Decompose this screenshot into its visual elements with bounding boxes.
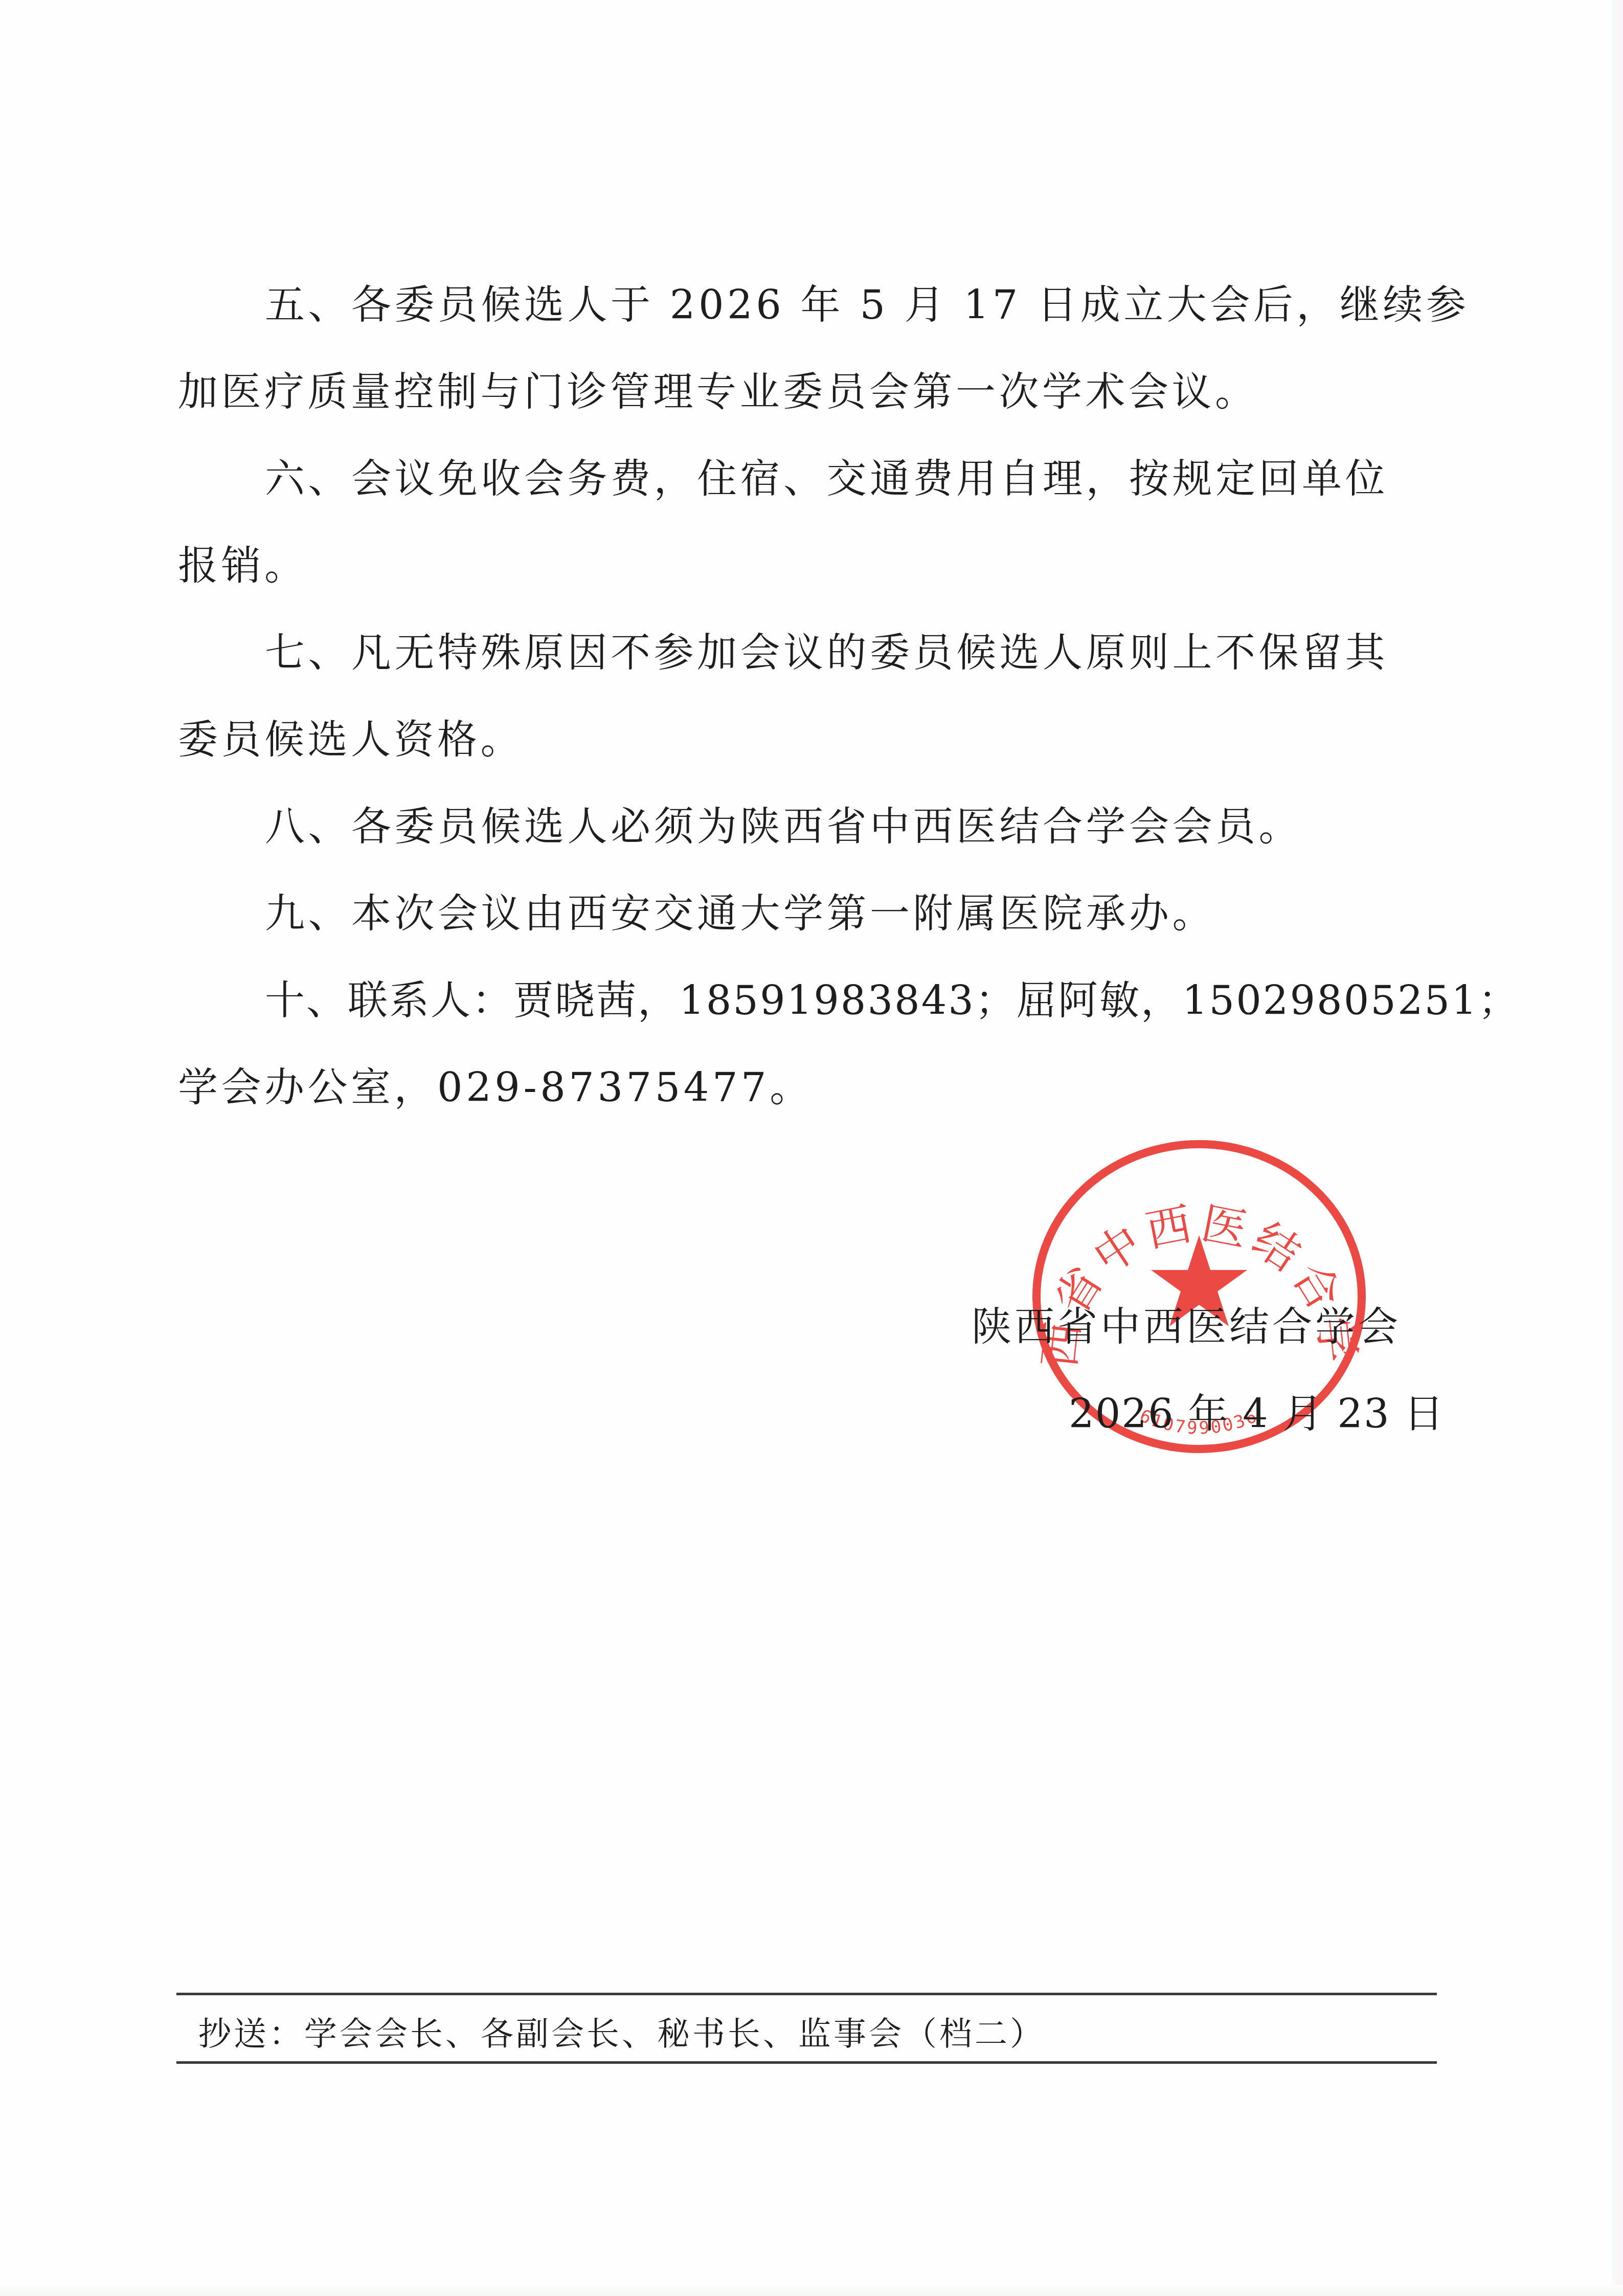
paragraph-item-8-line-1: 八、各委员候选人必须为陕西省中西医结合学会会员。 [265, 801, 1302, 853]
paragraph-item-10-line-2: 学会办公室，029-87375477。 [178, 1062, 813, 1113]
signature-date: 2026 年 4 月 23 日 [1069, 1389, 1445, 1440]
cc-top-rule [176, 1993, 1437, 1995]
paragraph-item-7-line-2: 委员候选人资格。 [178, 715, 524, 766]
cc-recipients: 抄送：学会会长、各副会长、秘书长、监事会（档二） [198, 2011, 1045, 2057]
paragraph-item-7-line-1: 七、凡无特殊原因不参加会议的委员候选人原则上不保留其 [265, 628, 1388, 679]
scan-edge-right [1612, 0, 1623, 2296]
paragraph-item-10-line-1: 十、联系人：贾晓茜，18591983843；屈阿敏，15029805251； [265, 975, 1520, 1027]
paragraph-item-9-line-1: 九、本次会议由西安交通大学第一附属医院承办。 [265, 888, 1215, 940]
paragraph-item-6-line-1: 六、会议免收会务费，住宿、交通费用自理，按规定回单位 [265, 454, 1388, 505]
paragraph-item-5-line-2: 加医疗质量控制与门诊管理专业委员会第一次学术会议。 [178, 367, 1258, 418]
cc-bottom-rule [176, 2061, 1437, 2064]
paragraph-item-6-line-2: 报销。 [178, 541, 308, 592]
paragraph-item-5-line-1: 五、各委员候选人于 2026 年 5 月 17 日成立大会后，继续参 [265, 280, 1469, 331]
signature-organization: 陕西省中西医结合学会 [972, 1302, 1401, 1353]
scan-edge-bottom [0, 2285, 1623, 2296]
